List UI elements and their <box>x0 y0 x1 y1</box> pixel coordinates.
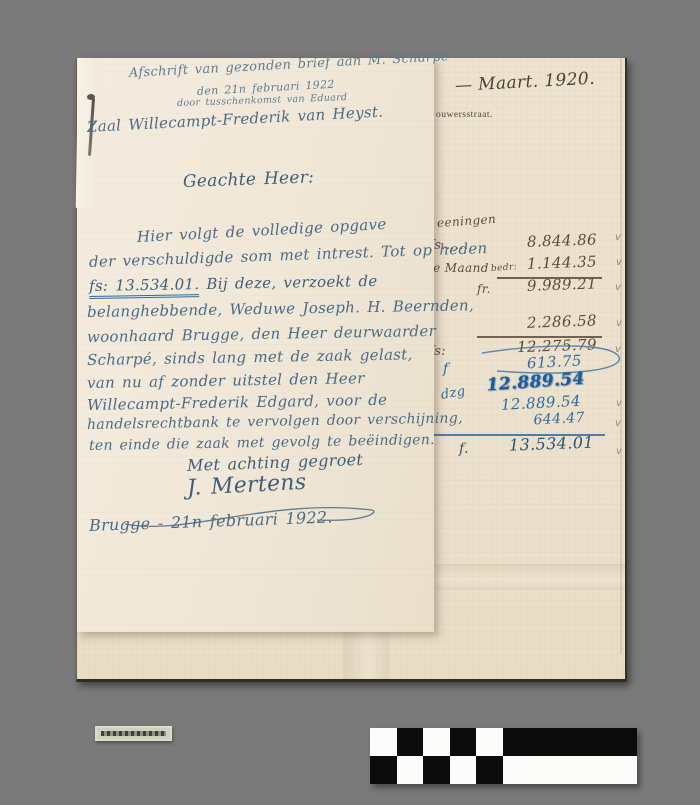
ledger-row-prefix: f <box>443 361 449 377</box>
document-photo: — Maart. 1920. ouwersstraat. eeningen be… <box>76 58 627 682</box>
ledger-row-amount: 9.989.21 <box>465 274 598 297</box>
letter-place-date: Brugge - 21n februari 1922. <box>89 507 333 534</box>
scale-bar-row-top <box>370 728 637 756</box>
ledger-row-amount: 13.534.01 <box>469 433 595 456</box>
letter-addressee: Zaal Willecampt-Frederik van Heyst. <box>87 102 384 135</box>
letter-amount-line: fs: 13.534.01. Bij deze, verzoekt de <box>89 272 378 295</box>
letter-body-line: belanghebbende, Weduwe Joseph. H. Beernd… <box>87 296 474 321</box>
letter-body-line: ten einde die zaak met gevolg te beëindi… <box>89 432 435 454</box>
scale-square <box>423 756 450 784</box>
letter-salutation: Geachte Heer: <box>183 167 315 192</box>
scale-bar-row-bottom <box>370 756 637 784</box>
checkmark-icon: v <box>615 418 621 429</box>
scale-square <box>370 728 397 756</box>
letter-body-line: Hier volgt de volledige opgave <box>137 215 387 246</box>
ruler-strip <box>95 726 172 741</box>
letter-body-line: handelsrechtbank te vervolgen door versc… <box>87 410 463 433</box>
ledger-month-year: — Maart. 1920. <box>454 69 595 96</box>
scale-long-bar <box>503 756 637 784</box>
checkmark-icon: v <box>615 282 621 293</box>
scale-square <box>450 756 477 784</box>
scale-square <box>476 756 503 784</box>
letter-page: Afschrift van gezonden brief aan M. Scha… <box>77 58 434 632</box>
checkmark-icon: v <box>616 318 622 329</box>
ledger-row-amount: 2.286.58 <box>465 311 598 334</box>
checkmark-icon: v <box>616 398 622 409</box>
scale-square <box>370 756 397 784</box>
letter-body-line: woonhaard Brugge, den Heer deurwaarder <box>87 322 436 346</box>
calibration-scale-bar <box>370 728 637 784</box>
letter-header-line: Afschrift van gezonden brief aan M. Scha… <box>129 49 450 81</box>
scale-square <box>397 756 424 784</box>
ledger-heading-fragment: eeningen <box>437 212 497 230</box>
scale-long-bar <box>503 728 637 756</box>
letter-amount-rest: Bij deze, verzoekt de <box>206 272 377 293</box>
letter-body-line: Willecampt-Frederik Edgard, voor de <box>87 391 388 414</box>
ruler-ticks <box>101 731 166 736</box>
printed-street-text: ouwersstraat. <box>436 110 493 120</box>
checkmark-icon: v <box>616 446 622 457</box>
checkmark-icon: v <box>615 232 621 243</box>
underlined-total-amount: fs: 13.534.01. <box>89 275 200 299</box>
signature: J. Mertens <box>186 470 307 501</box>
ledger-row-prefix: f. <box>459 441 469 457</box>
letter-body-line: Scharpé, sinds lang met de zaak gelast, <box>87 345 413 369</box>
scale-square <box>397 728 424 756</box>
checkmark-icon: v <box>616 257 622 268</box>
scale-square <box>476 728 503 756</box>
checkmark-icon: v <box>615 344 621 355</box>
scale-square <box>423 728 450 756</box>
scale-square <box>450 728 477 756</box>
photo-background: — Maart. 1920. ouwersstraat. eeningen be… <box>0 0 700 805</box>
letter-body-line: van nu af zonder uitstel den Heer <box>87 369 365 392</box>
